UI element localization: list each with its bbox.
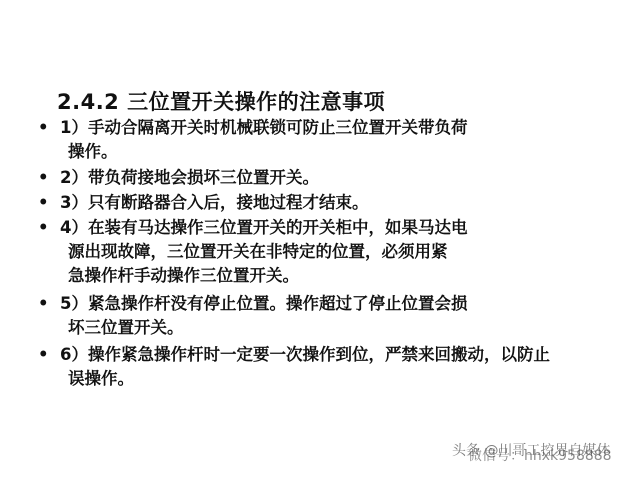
section-title: 2.4.2 三位置开关操作的注意事项 xyxy=(57,86,385,116)
item-text: 2）带负荷接地会损坏三位置开关。 xyxy=(60,168,319,187)
bullet-icon: • xyxy=(38,343,60,367)
item-text: 急操作杆手动操作三位置开关。 xyxy=(38,264,467,288)
list-item: •5）紧急操作杆没有停止位置。操作超过了停止位置会损 坏三位置开关。 xyxy=(38,292,467,340)
list-item: •4）在装有马达操作三位置开关的开关柜中，如果马达电 源出现故障，三位置开关在非… xyxy=(38,216,467,288)
item-text: 3）只有断路器合入后，接地过程才结束。 xyxy=(60,193,368,212)
bullet-icon: • xyxy=(38,116,60,140)
item-text: 源出现故障，三位置开关在非特定的位置，必须用紧 xyxy=(38,240,467,264)
watermark-wechat: 微信号：hhxk958888 xyxy=(468,445,612,465)
item-text: 1）手动合隔离开关时机械联锁可防止三位置开关带负荷 xyxy=(60,118,467,137)
bullet-icon: • xyxy=(38,216,60,240)
bullet-icon: • xyxy=(38,191,60,215)
bullet-icon: • xyxy=(38,292,60,316)
item-text: 操作。 xyxy=(38,140,467,164)
list-item: •1）手动合隔离开关时机械联锁可防止三位置开关带负荷 操作。 xyxy=(38,116,467,164)
bullet-icon: • xyxy=(38,166,60,190)
item-text: 误操作。 xyxy=(38,367,550,391)
item-text: 坏三位置开关。 xyxy=(38,316,467,340)
item-text: 4）在装有马达操作三位置开关的开关柜中，如果马达电 xyxy=(60,218,467,237)
item-text: 6）操作紧急操作杆时一定要一次操作到位，严禁来回搬动，以防止 xyxy=(60,345,550,364)
list-item: •3）只有断路器合入后，接地过程才结束。 xyxy=(38,191,368,215)
list-item: •6）操作紧急操作杆时一定要一次操作到位，严禁来回搬动，以防止 误操作。 xyxy=(38,343,550,391)
list-item: •2）带负荷接地会损坏三位置开关。 xyxy=(38,166,319,190)
item-text: 5）紧急操作杆没有停止位置。操作超过了停止位置会损 xyxy=(60,294,467,313)
